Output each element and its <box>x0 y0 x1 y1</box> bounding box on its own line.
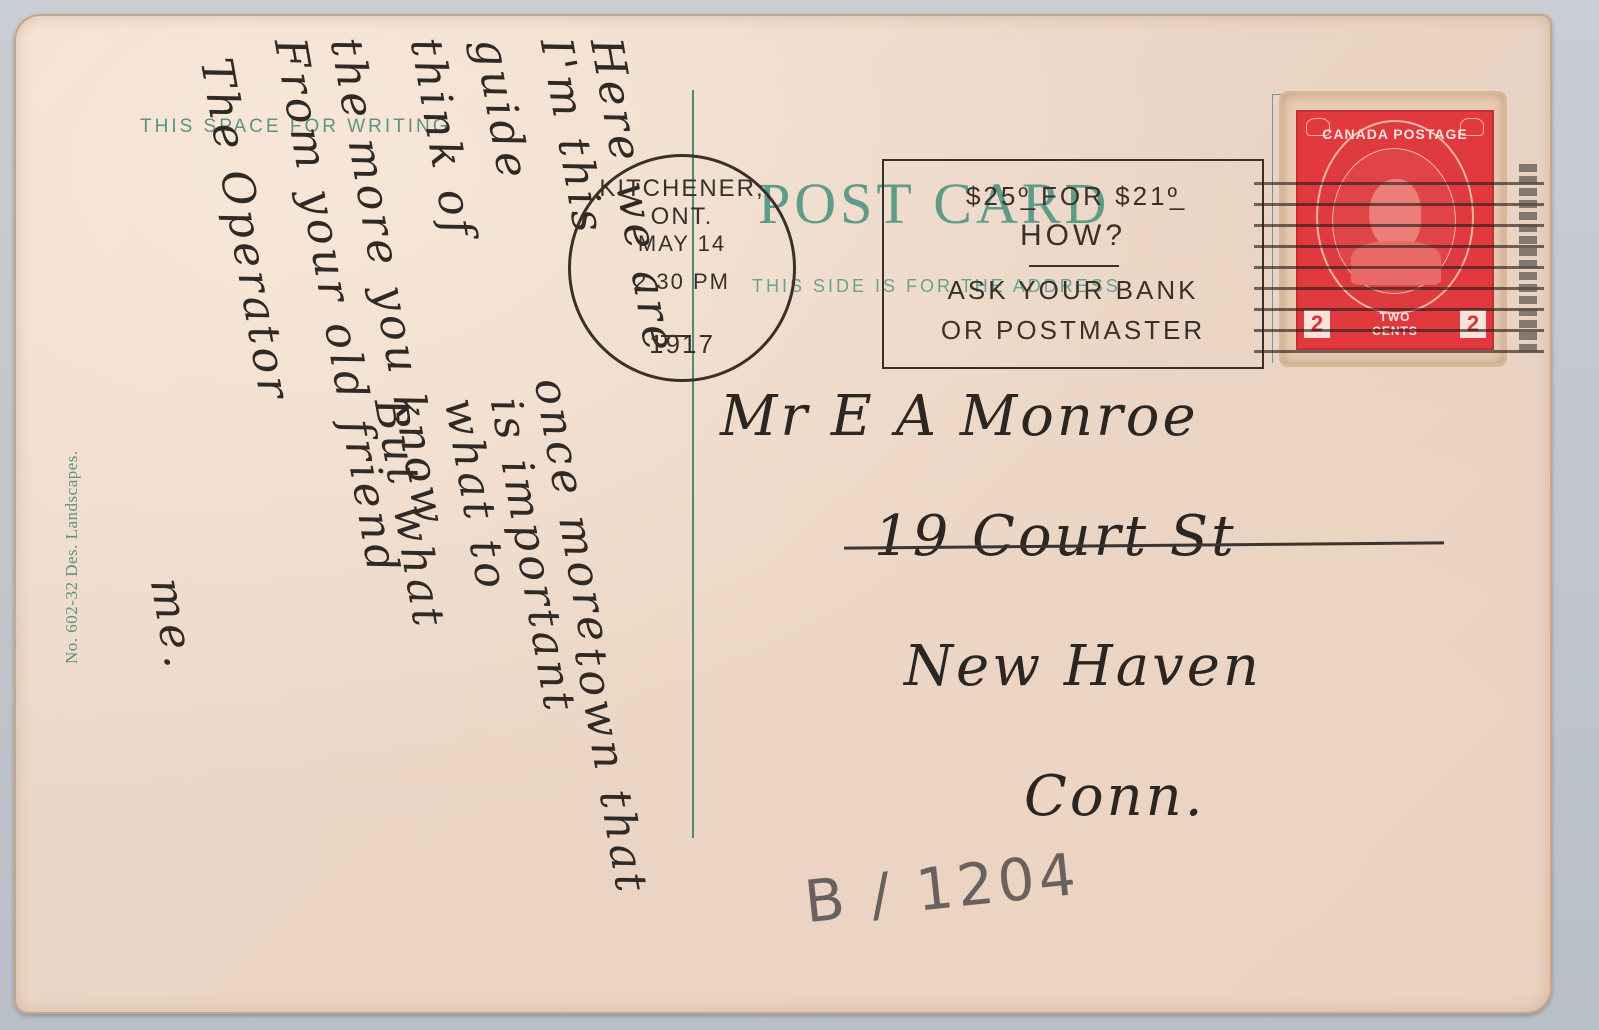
cancel-edge-marks <box>1519 164 1537 354</box>
slogan-line-2: HOW? <box>884 219 1262 253</box>
publisher-line: No. 602-32 Des. Landscapes. <box>62 450 82 664</box>
wavy-cancel-lines <box>1254 164 1544 354</box>
slogan-rule <box>1029 265 1119 267</box>
message-line: guide <box>464 34 539 185</box>
postmark-date: MAY 14 <box>571 231 793 257</box>
message-line: me. <box>140 574 207 675</box>
slogan-line-3: ASK YOUR BANK <box>884 275 1262 306</box>
address-city: New Haven <box>904 634 1262 699</box>
address-state: Conn. <box>1024 764 1206 829</box>
slogan-cancel-box: $25º̲ FOR $21º̲ HOW? ASK YOUR BANK OR PO… <box>882 159 1264 369</box>
address-name: Mr E A Monroe <box>720 384 1199 449</box>
slogan-line-1: $25º̲ FOR $21º̲ <box>884 181 1262 212</box>
kitchener-postmark: KITCHENER, ONT. MAY 14 2 30 PM 1917 <box>568 154 796 382</box>
stamp-country-text: CANADA POSTAGE <box>1298 126 1492 142</box>
address-street-struck: 19 Court St <box>874 504 1237 569</box>
slogan-line-4: OR POSTMASTER <box>884 315 1262 346</box>
pencil-notation: B / 1204 <box>801 840 1082 936</box>
postmark-year: 1917 <box>571 329 793 360</box>
postcard-back: THIS SPACE FOR WRITING No. 602-32 Des. L… <box>14 14 1552 1014</box>
postmark-time: 2 30 PM <box>571 269 793 295</box>
postmark-city: KITCHENER, ONT. <box>571 175 793 231</box>
